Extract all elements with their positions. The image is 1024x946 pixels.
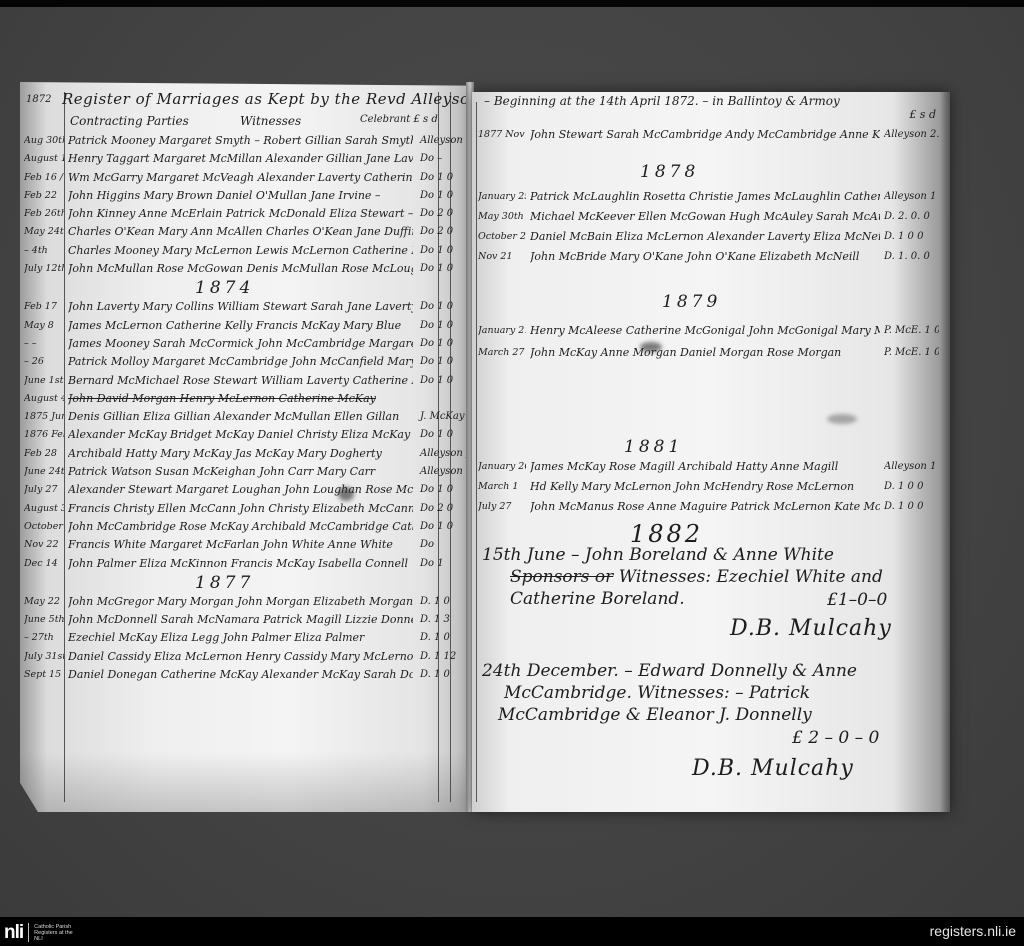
marriage-entry: Dec 14John Palmer Eliza McKinnon Francis… bbox=[20, 555, 468, 573]
year-heading: 1878 bbox=[640, 162, 699, 182]
marriage-entry: July 12thJohn McMullan Rose McGowan Deni… bbox=[20, 260, 468, 278]
ink-blot bbox=[640, 342, 662, 352]
register-book: 1872 Register of Marriages as Kept by th… bbox=[20, 82, 955, 812]
marriage-entry: July 27Alexander Stewart Margaret Lougha… bbox=[20, 481, 468, 499]
year-heading: 1881 bbox=[624, 437, 683, 457]
marriage-entry: May 24thCharles O'Kean Mary Ann McAllen … bbox=[20, 223, 468, 241]
fee-header: £ s d bbox=[909, 108, 936, 121]
year-heading: 1879 bbox=[662, 292, 721, 312]
footer-bar: nli Catholic Parish Registers at the NLI… bbox=[0, 917, 1024, 946]
nli-logo[interactable]: nli Catholic Parish Registers at the NLI bbox=[4, 923, 74, 942]
marriage-entry: August 14Henry Taggart Margaret McMillan… bbox=[20, 150, 468, 168]
marriage-entry: June 24thPatrick Watson Susan McKeighan … bbox=[20, 463, 468, 481]
marriage-entry: June 1stBernard McMichael Rose Stewart W… bbox=[20, 372, 468, 390]
marriage-entry: Feb 16 / 1873Wm McGarry Margaret McVeagh… bbox=[20, 169, 468, 187]
marriage-entry: 1876 Feb 5thAlexander McKay Bridget McKa… bbox=[20, 426, 468, 444]
struck-word: Sponsors or bbox=[510, 567, 613, 587]
ink-blot bbox=[338, 487, 354, 501]
column-headers: Contracting Parties Witnesses Celebrant … bbox=[60, 114, 460, 130]
corner-year: 1872 bbox=[26, 94, 51, 105]
top-border bbox=[0, 0, 1024, 7]
left-page-entries: Aug 30thPatrick Mooney Margaret Smyth – … bbox=[20, 132, 468, 684]
marriage-entry: – –James Mooney Sarah McCormick John McC… bbox=[20, 335, 468, 353]
priest-signature: D.B. Mulcahy bbox=[730, 616, 892, 641]
marriage-entry: October 15John McCambridge Rose McKay Ar… bbox=[20, 518, 468, 536]
ink-blot bbox=[827, 414, 857, 424]
marriage-entry: Feb 28Archibald Hatty Mary McKay Jas McK… bbox=[20, 445, 468, 463]
image-viewer[interactable]: 1872 Register of Marriages as Kept by th… bbox=[0, 7, 1024, 917]
header-celebrant: Celebrant £ s d bbox=[360, 114, 438, 125]
marriage-entry: 1877 Nov 16 John Stewart Sarah McCambrid… bbox=[472, 126, 942, 144]
marriage-entry: July 27John McManus Rose Anne Maguire Pa… bbox=[472, 498, 942, 516]
page-header: – Beginning at the 14th April 1872. – in… bbox=[484, 94, 840, 108]
marriage-entry: – 27thEzechiel McKay Eliza Legg John Pal… bbox=[20, 629, 468, 647]
marriage-entry: January 26thJames McKay Rose Magill Arch… bbox=[472, 458, 942, 476]
marriage-entry-december: 24th December. – Edward Donnelly & Anne … bbox=[482, 660, 902, 726]
marriage-entry: Feb 17John Laverty Mary Collins William … bbox=[20, 298, 468, 316]
marriage-entry: May 30thMichael McKeever Ellen McGowan H… bbox=[472, 208, 942, 226]
fee-amount: £ 2 – 0 – 0 bbox=[792, 728, 879, 748]
marriage-entry: June 5thJohn McDonnell Sarah McNamara Pa… bbox=[20, 611, 468, 629]
nli-logo-mark: nli bbox=[4, 923, 23, 942]
marriage-entry: – 4thCharles Mooney Mary McLernon Lewis … bbox=[20, 242, 468, 260]
header-witnesses: Witnesses bbox=[240, 114, 301, 128]
marriage-entry: Feb 26thJohn Kinney Anne McErlain Patric… bbox=[20, 205, 468, 223]
marriage-entry: January 21Henry McAleese Catherine McGon… bbox=[472, 322, 942, 340]
marriage-entry: January 25thPatrick McLaughlin Rosetta C… bbox=[472, 188, 942, 206]
marriage-entry: March 1Hd Kelly Mary McLernon John McHen… bbox=[472, 478, 942, 496]
marriage-entry: Feb 22John Higgins Mary Brown Daniel O'M… bbox=[20, 187, 468, 205]
marriage-entry: Nov 22Francis White Margaret McFarlan Jo… bbox=[20, 536, 468, 554]
marriage-entry: Sept 15Daniel Donegan Catherine McKay Al… bbox=[20, 666, 468, 684]
marriage-entry: – 26Patrick Molloy Margaret McCambridge … bbox=[20, 353, 468, 371]
marriage-entry: Aug 30thPatrick Mooney Margaret Smyth – … bbox=[20, 132, 468, 150]
marriage-entry: Nov 21John McBride Mary O'Kane John O'Ka… bbox=[472, 248, 942, 266]
marriage-entry: July 31stDaniel Cassidy Eliza McLernon H… bbox=[20, 648, 468, 666]
entry-day: 15th bbox=[482, 545, 521, 565]
logo-caption: Catholic Parish Registers at the NLI bbox=[34, 924, 74, 942]
marriage-entry: May 22John McGregor Mary Morgan John Mor… bbox=[20, 593, 468, 611]
register-title: Register of Marriages as Kept by the Rev… bbox=[62, 90, 468, 108]
logo-divider bbox=[28, 923, 29, 942]
priest-signature: D.B. Mulcahy bbox=[692, 756, 854, 781]
right-page: – Beginning at the 14th April 1872. – in… bbox=[472, 92, 950, 812]
header-parties: Contracting Parties bbox=[70, 114, 189, 128]
margin-rule bbox=[476, 102, 477, 802]
marriage-entry-struck: August 4thJohn David Morgan Henry McLern… bbox=[20, 390, 468, 408]
marriage-entry: May 8James McLernon Catherine Kelly Fran… bbox=[20, 317, 468, 335]
marriage-entry: August 3Francis Christy Ellen McCann Joh… bbox=[20, 500, 468, 518]
year-heading: 1877 bbox=[20, 573, 468, 593]
marriage-entry: October 20Daniel McBain Eliza McLernon A… bbox=[472, 228, 942, 246]
left-page: 1872 Register of Marriages as Kept by th… bbox=[20, 82, 468, 812]
year-heading: 1874 bbox=[20, 278, 468, 298]
marriage-entry: 1875 June 18thDenis Gillian Eliza Gillia… bbox=[20, 408, 468, 426]
marriage-entry: March 27John McKay Anne Morgan Daniel Mo… bbox=[472, 344, 942, 362]
site-link[interactable]: registers.nli.ie bbox=[930, 923, 1016, 939]
fee-amount: £1–0–0 bbox=[827, 590, 887, 610]
